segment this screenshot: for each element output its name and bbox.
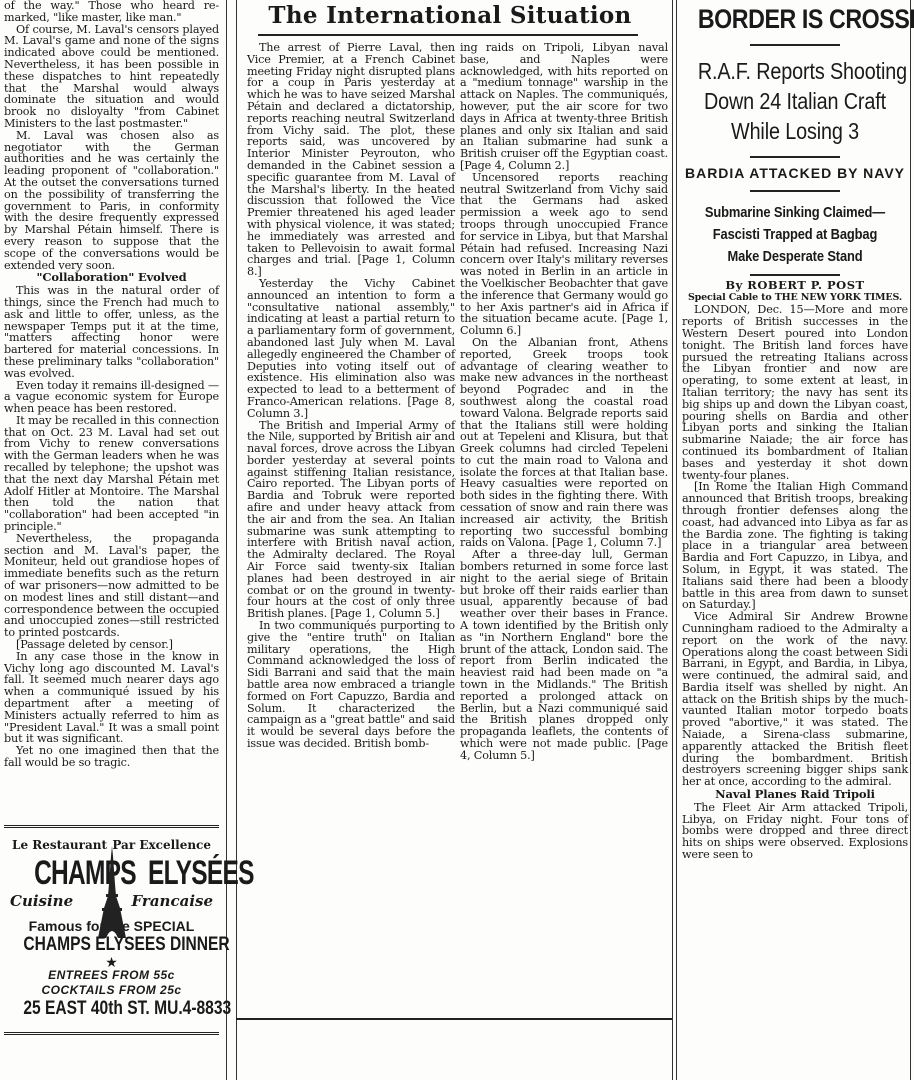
ad-script-right: Francaise [132, 892, 213, 910]
paragraph: In two communiqués purporting to give th… [247, 620, 455, 750]
paragraph: Even today it remains ill-designed —a va… [4, 380, 219, 415]
paragraph: The Fleet Air Arm attacked Tripoli, Liby… [682, 802, 908, 861]
deck-rule [750, 156, 840, 158]
article-column-2: The arrest of Pierre Laval, then Vice Pr… [247, 42, 455, 750]
deck-line: Down 24 Italian Craft [698, 86, 892, 116]
paragraph: In any case those in the know in Vichy l… [4, 651, 219, 745]
column-rule [676, 0, 677, 1080]
paragraph: After a three-day lull, German bombers r… [460, 549, 668, 761]
deck-line: Submarine Sinking Claimed— [698, 202, 892, 224]
paragraph: of the way." Those who heard re-marked, … [4, 0, 219, 24]
byline: By ROBERT P. POST [682, 280, 908, 292]
article-column-1: of the way." Those who heard re-marked, … [4, 0, 219, 769]
headline-rule [258, 34, 638, 36]
paragraph: The arrest of Pierre Laval, then Vice Pr… [247, 42, 455, 278]
paragraph: ing raids on Tripoli, Libyan naval base,… [460, 42, 668, 172]
ad-script-left: Cuisine [10, 892, 73, 910]
deck-subheadline: BARDIA ATTACKED BY NAVY [682, 168, 908, 180]
story-headline: BORDER IS CROSSED [698, 4, 892, 34]
deck-line: R.A.F. Reports Shooting [698, 56, 892, 86]
paragraph: On the Albanian front, Athens reported, … [460, 337, 668, 549]
column-rule [672, 0, 673, 1080]
paragraph: LONDON, Dec. 15—More and more reports of… [682, 304, 908, 481]
paragraph: Uncensored reports reaching neutral Swit… [460, 172, 668, 337]
column-rule [226, 0, 227, 1080]
paragraph: Yet no one imagined then that the fall w… [4, 745, 219, 769]
deck-line: While Losing 3 [698, 116, 892, 146]
paragraph: It may be recalled in this connection th… [4, 415, 219, 533]
article-column-4: BORDER IS CROSSED R.A.F. Reports Shootin… [682, 0, 908, 861]
paragraph: Vice Admiral Sir Andrew Browne Cunningha… [682, 611, 908, 788]
dateline-credit: Special Cable to THE NEW YORK TIMES. [682, 292, 908, 304]
column-rule [236, 0, 237, 1080]
paragraph: [In Rome the Italian High Command announ… [682, 481, 908, 611]
paragraph: This was in the natural order of things,… [4, 285, 219, 379]
restaurant-advertisement: Le Restaurant Par Excellence CHAMPS ELYS… [4, 825, 219, 1035]
section-rule [236, 1018, 672, 1020]
deck-rule [750, 274, 840, 276]
deck-line: Make Desperate Stand [698, 246, 892, 268]
main-headline: The International Situation [230, 2, 670, 29]
ad-dinner-line: CHAMPS ELYSEES DINNER [23, 934, 199, 956]
paragraph: Nevertheless, the propaganda section and… [4, 533, 219, 639]
paragraph: Yesterday the Vichy Cabinet announced an… [247, 278, 455, 420]
deck-rule [750, 190, 840, 192]
subheading: "Collaboration" Evolved [4, 272, 219, 284]
eiffel-tower-icon [98, 846, 126, 938]
deck-rule [750, 44, 840, 46]
star-icon: ★ [4, 956, 219, 968]
deck-line: Fascisti Trapped at Bagbag [698, 224, 892, 246]
column-rule [910, 0, 911, 1080]
paragraph: The British and Imperial Army of the Nil… [247, 420, 455, 621]
ad-tagline-right: Par Excellence [112, 838, 211, 852]
article-column-3: ing raids on Tripoli, Libyan naval base,… [460, 42, 668, 762]
ad-tagline-left: Le Restaurant [12, 838, 107, 852]
ad-cocktails-price: COCKTAILS FROM 25c [4, 983, 219, 998]
paragraph: Of course, M. Laval's censors played M. … [4, 24, 219, 130]
paragraph: M. Laval was chosen also as negotiator w… [4, 130, 219, 272]
subheading: Naval Planes Raid Tripoli [682, 789, 908, 801]
ad-address: 25 EAST 40th ST. MU.4-8833 [23, 998, 199, 1020]
ad-entrees-price: ENTREES FROM 55c [4, 968, 219, 983]
